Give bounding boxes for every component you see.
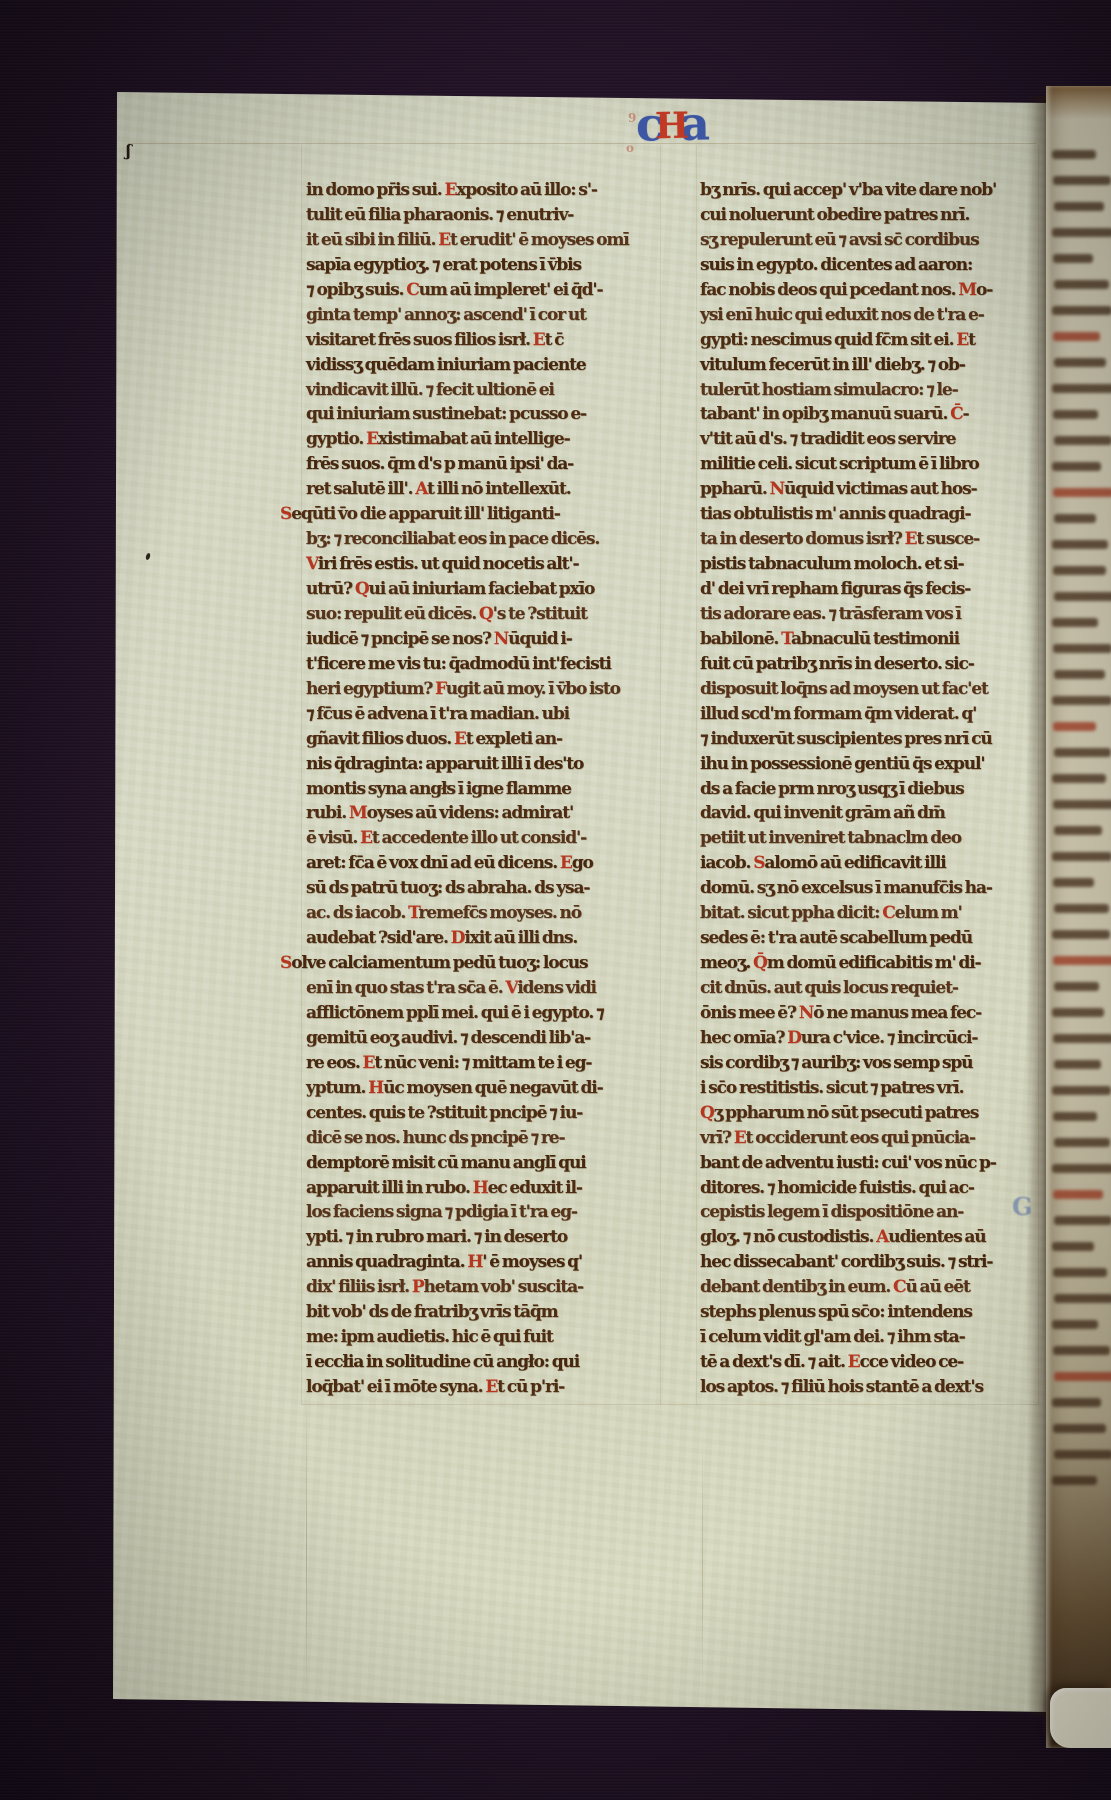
blurred-text-line [1052,930,1110,939]
text-line: iacob. Salomō aū edificavit illi [700,851,1040,876]
text-line: ysi enī huic qui eduxit nos de t'ra e- [700,303,1040,328]
text-line: cui noluerunt obedire patres nrī. [700,203,1040,228]
rubricated-capital: H [473,1178,488,1198]
rubricated-capital: E [848,1352,860,1372]
text-line: utrū? Qui aū iniuriam faciebat pxīo [306,577,658,602]
blurred-text-line [1052,1164,1111,1173]
text-line: sū ds patrū tuoʒ: ds abraha. ds ysa- [306,876,658,901]
text-line: meoʒ. Q̄m domū edificabitis m' di- [700,951,1040,976]
rubricated-capital: V [505,978,517,998]
text-line: centes. quis te ?stituit pncipē ⁊ iu- [306,1101,658,1126]
text-line: Qʒ ppharum nō sūt psecuti patres [700,1101,1040,1126]
rubricated-capital: E [366,429,378,449]
rubricated-capital: E [454,729,466,749]
text-line: apparuit illi in rubo. Hec eduxit il- [306,1176,658,1201]
text-line: bant de adventu iusti: cui' vos nūc p- [700,1151,1040,1176]
blurred-text-line [1053,1112,1097,1121]
blurred-text-line [1054,436,1111,445]
text-line: ppharū. Nūquid victimas aut hos- [700,477,1040,502]
text-line: it eū sibi in filiū. Et erudit' ē moyses… [306,228,658,253]
blurred-text-line [1053,410,1098,419]
text-line: dicē se nos. hunc ds pncipē ⁊ re- [306,1126,658,1151]
rubricated-capital: E [485,1377,497,1397]
blurred-text-line [1052,150,1096,159]
text-line: debant dentibʒ in eum. Cū aū eēt [700,1275,1040,1300]
text-line: ds a facie prm nroʒ usqʒ ī diebus [700,777,1040,802]
text-line: frēs suos. q̄m d's p manū ipsi' da- [306,452,658,477]
blurred-text-line [1053,254,1093,263]
blurred-text-line [1052,306,1111,315]
blurred-text-line [1053,878,1094,887]
text-line: ē visū. Et accedente illo ut consid'- [306,826,658,851]
rubricated-capital: S [280,504,291,524]
text-line: d' dei vrī repham figuras q̄s fecis- [700,577,1040,602]
text-line: pistis tabnaculum moloch. et si- [700,552,1040,577]
rubricated-capital: M [958,280,976,300]
text-line: aret: fc̄a ē vox dnī ad eū dicens. Ego [306,851,658,876]
text-line: fuit cū patribʒ nrīs in deserto. sic- [700,652,1040,677]
text-line: gñavit filios duos. Et expleti an- [306,727,658,752]
blurred-text-line [1053,1034,1111,1043]
text-line: qui iniuriam sustinebat: pcusso e- [306,402,658,427]
manuscript-page: cHa 9 o in domo pr̄is sui. Exposito aū i… [0,0,1111,1800]
text-line: ⁊ induxerūt suscipientes pres nrī cū [700,727,1040,752]
blurred-text-line [1053,332,1100,341]
text-line: suo: repulit eū dicēs. Q's te ?stituit [306,602,658,627]
text-line: suis in egypto. dicentes ad aaron: [700,253,1040,278]
rubricated-capital: E [905,529,917,549]
text-line: visitaret frēs suos filios isrł. Et c̄ [306,328,658,353]
ruling-line-bottom [302,1404,1038,1405]
text-line: cit dnūs. aut quis locus requiet- [700,976,1040,1001]
facing-page-corner [1050,1688,1111,1748]
text-line: vidissʒ quēdam iniuriam paciente [306,353,658,378]
text-line: gloʒ. ⁊ nō custodistis. Audientes aū [700,1225,1040,1250]
rubricated-capital: V [306,554,318,574]
facing-page-edge [1046,86,1111,1748]
text-column-right: bʒ nrīs. qui accep' v'ba vite dare nob'c… [700,178,1040,1400]
text-line: ta in deserto domus isrł? Et susce- [700,527,1040,552]
rubricated-capital: Q [355,579,369,599]
text-line: ōnis mee ē? Nō ne manus mea fec- [700,1001,1040,1026]
rubricated-capital: E [444,180,456,200]
rubricated-capital: M [349,803,367,823]
parchment-crease [306,1400,307,1700]
rubricated-capital: C [882,903,894,923]
rubricated-capital: C̄ [950,404,962,424]
text-line: ret salutē ill'. At illi nō intellexūt. [306,477,658,502]
rubricated-capital: A [415,479,427,499]
blurred-text-line [1054,982,1099,991]
blurred-text-line [1054,280,1109,289]
rubricated-capital: E [438,230,450,250]
text-line: tis adorare eas. ⁊ trāsferam vos ī [700,602,1040,627]
text-line: dix' filiis isrł. Phetam vob' suscita- [306,1275,658,1300]
text-line: david. qui invenit grām añ dm̄ [700,801,1040,826]
blurred-text-line [1054,514,1096,523]
blurred-text-line [1054,904,1109,913]
text-line: ī celum vidit gl'am dei. ⁊ ihm sta- [700,1325,1040,1350]
text-line: vrī? Et occiderunt eos qui pnūcia- [700,1126,1040,1151]
photograph-background: cHa 9 o in domo pr̄is sui. Exposito aū i… [0,0,1111,1800]
text-line: tē a dext's dī. ⁊ ait. Ecce video ce- [700,1350,1040,1375]
rubricated-capital: E [956,330,968,350]
rubricated-capital: E [734,1128,746,1148]
rubricated-capital: Q [700,1103,714,1123]
blurred-text-line [1054,358,1106,367]
blurred-text-line [1052,618,1098,627]
text-line: annis quadraginta. H' ē moyses q' [306,1250,658,1275]
text-line: v'tit aū d's. ⁊ tradidit eos servire [700,427,1040,452]
text-line: nis q̄draginta: apparuit illi ī des'to [306,752,658,777]
text-line: i sc̄o restitistis. sicut ⁊ patres vrī. [700,1076,1040,1101]
text-line: los faciens signa ⁊ pdigia ī t'ra eg- [306,1200,658,1225]
text-line: hec dissecabant' cordibʒ suis. ⁊ stri- [700,1250,1040,1275]
text-line: domū. sʒ nō excelsus ī manufc̄is ha- [700,876,1040,901]
rubricated-capital: N [494,629,508,649]
text-line: bit vob' ds de fratribʒ vrīs tāq̄m [306,1300,658,1325]
blurred-text-line [1053,488,1111,497]
blurred-text-line [1054,748,1111,757]
rubricated-capital: D [451,928,465,948]
text-line: hec omīa? Dura c'vice. ⁊ incircūci- [700,1026,1040,1051]
blurred-text-line [1054,1060,1101,1069]
blurred-text-line [1054,670,1105,679]
rubricated-capital: F [435,679,446,699]
blurred-text-line [1053,800,1111,809]
rubricated-capital: D [787,1028,801,1048]
rubricated-capital: A [876,1227,888,1247]
facing-page-blurred-text [1052,150,1111,1502]
blurred-text-line [1054,1372,1111,1381]
blurred-text-line [1054,202,1104,211]
blurred-text-line [1052,1242,1094,1251]
text-line: bʒ nrīs. qui accep' v'ba vite dare nob' [700,178,1040,203]
rubricated-capital: C [893,1277,905,1297]
rubricated-capital: E [360,828,372,848]
text-line: ihu in possessionē gentiū q̄s expul' [700,752,1040,777]
ruling-line-col1-right [660,145,661,1405]
text-line: tabant' in opibʒ manuū suarū. C̄- [700,402,1040,427]
running-title: cHa [635,93,710,160]
margin-ink-mark: ʃ [125,141,133,161]
text-line: ac. ds iacob. Tremefc̄s moyses. nō [306,901,658,926]
text-line: tias obtulistis m' annis quadragi- [700,502,1040,527]
text-line: demptorē misit cū manu anglī qui [306,1151,658,1176]
text-line: tulit eū filia pharaonis. ⁊ enutriv- [306,203,658,228]
blurred-text-line [1054,1216,1111,1225]
rubricated-capital: P [412,1277,424,1297]
blurred-text-line [1052,696,1111,705]
blurred-text-line [1053,644,1111,653]
text-line: enī in quo stas t'ra sc̄a ē. Videns vidi [306,976,658,1001]
faint-red-mark: o [626,142,634,155]
text-line: re eos. Et nūc veni: ⁊ mittam te i eg- [306,1051,658,1076]
text-line: stephs plenus spū sc̄o: intendens [700,1300,1040,1325]
rubricated-capital: N [799,1003,813,1023]
text-line: militie celi. sicut scriptum ē ī libro [700,452,1040,477]
text-line: illud scd'm formam q̄m viderat. q' [700,702,1040,727]
text-line: sʒ repulerunt eū ⁊ avsi sc̄ cordibus [700,228,1040,253]
text-line: gyptio. Existimabat aū intellige- [306,427,658,452]
rubricated-capital: S [753,853,764,873]
rubricated-capital: Q [479,604,493,624]
text-line: ditores. ⁊ homicide fuistis. qui ac- [700,1176,1040,1201]
text-line: tulerūt hostiam simulacro: ⁊ le- [700,378,1040,403]
blurred-text-line [1052,1320,1098,1329]
blurred-text-line [1053,176,1111,185]
text-line: babilonē. Tabnaculū testimonii [700,627,1040,652]
rubricated-capital: Q [753,953,767,973]
text-line: bitat. sicut ppha dicit: Celum m' [700,901,1040,926]
rubricated-capital: E [362,1053,374,1073]
blurred-text-line [1054,1138,1110,1147]
blurred-text-line [1052,540,1108,549]
header-letter: H [654,96,689,157]
blurred-text-line [1052,852,1111,861]
text-line: ī eccłia in solitudine cū angło: qui [306,1350,658,1375]
text-line: sedes ē: t'ra autē scabellum pedū [700,926,1040,951]
blurred-text-line [1054,592,1111,601]
rubricated-capital: E [560,853,572,873]
text-line: petiit ut inveniret tabnaclm deo [700,826,1040,851]
blurred-text-line [1053,1268,1107,1277]
text-line: Seqūti v̄o die apparuit ill' litiganti- [306,502,658,527]
blurred-text-line [1052,774,1106,783]
text-line: rubi. Moyses aū videns: admirat' [306,801,658,826]
text-line: sapīa egyptioʒ. ⁊ erat potens ī v̄bis [306,253,658,278]
rubricated-capital: T [408,903,418,923]
blurred-text-line [1054,1294,1111,1303]
rubricated-capital: E [533,330,545,350]
blurred-text-line [1053,1346,1110,1355]
text-line: yptum. Hūc moysen quē negavūt di- [306,1076,658,1101]
text-line: montis syna angłs ī igne flamme [306,777,658,802]
blurred-text-line [1053,1190,1103,1199]
blurred-text-line [1052,1008,1104,1017]
text-line: los aptos. ⁊ filiū hois stantē a dext's [700,1375,1040,1400]
text-line: ⁊ fc̄us ē advena ī t'ra madian. ubi [306,702,658,727]
text-line: vitulum fecerūt in ill' diebʒ. ⁊ ob- [700,353,1040,378]
text-line: ginta temp' annoʒ: ascend' ī cor ut [306,303,658,328]
blurred-text-line [1052,462,1101,471]
rubricated-capital: S [280,953,291,973]
text-line: Viri frēs estis. ut quid nocetis alt'- [306,552,658,577]
parchment-speck [145,553,151,561]
blurred-text-line [1052,1476,1097,1485]
rubricated-capital: H [467,1252,482,1272]
blurred-text-line [1054,1450,1111,1459]
text-line: iudicē ⁊ pncipē se nos? Nūquid i- [306,627,658,652]
ruling-line-col2-left [696,145,697,1405]
text-line: in domo pr̄is sui. Exposito aū illo: s'- [306,178,658,203]
blurred-text-line [1053,722,1096,731]
text-column-left: in domo pr̄is sui. Exposito aū illo: s'-… [306,178,658,1400]
blurred-text-line [1052,1398,1101,1407]
blurred-text-line [1054,826,1102,835]
text-line: heri egyptium? Fugit aū moy. ī v̄bo isto [306,677,658,702]
text-line: cepistis legem ī dispositiōne an- [700,1200,1040,1225]
blurred-text-line [1053,566,1106,575]
ruling-line-col1-left [301,145,302,1405]
rubricated-capital: T [781,629,791,649]
text-line: fac nobis deos qui pcedant nos. Mo- [700,278,1040,303]
text-line: afflictōnem pplī mei. qui ē i egypto. ⁊ [306,1001,658,1026]
text-line: sis cordibʒ ⁊ auribʒ: vos semp spū [700,1051,1040,1076]
text-line: Solve calciamentum pedū tuoʒ: locus [306,951,658,976]
text-line: t'ficere me vis tu: q̄admodū int'fecisti [306,652,658,677]
rubricated-capital: N [770,479,784,499]
blurred-text-line [1052,228,1111,237]
ruling-line-top [128,143,1036,144]
text-line: gemitū eoʒ audivi. ⁊ descendi lib'a- [306,1026,658,1051]
blurred-text-line [1052,384,1111,393]
text-line: me: ipm audietis. hic ē qui fuit [306,1325,658,1350]
text-line: ⁊ opibʒ suis. Cum aū impleret' ei q̄d'- [306,278,658,303]
text-line: gypti: nescimus quid fc̄m sit ei. Et [700,328,1040,353]
text-line: disposuit loq̄ns ad moysen ut fac'et [700,677,1040,702]
blurred-text-line [1053,1424,1106,1433]
rubricated-capital: C [406,280,418,300]
blurred-text-line [1052,1086,1111,1095]
text-line: bʒ: ⁊ reconciliabat eos in pace dicēs. [306,527,658,552]
blurred-text-line [1053,956,1111,965]
faint-red-mark: 9 [628,112,636,125]
rubricated-capital: H [368,1078,383,1098]
parchment-crease [702,1430,703,1700]
text-line: loq̄bat' ei ī mōte syna. Et cū p'ri- [306,1375,658,1400]
text-line: audebat ?sid'are. Dixit aū illi dns. [306,926,658,951]
text-line: ypti. ⁊ in rubro mari. ⁊ in deserto [306,1225,658,1250]
text-line: vindicavit illū. ⁊ fecit ultionē ei [306,378,658,403]
